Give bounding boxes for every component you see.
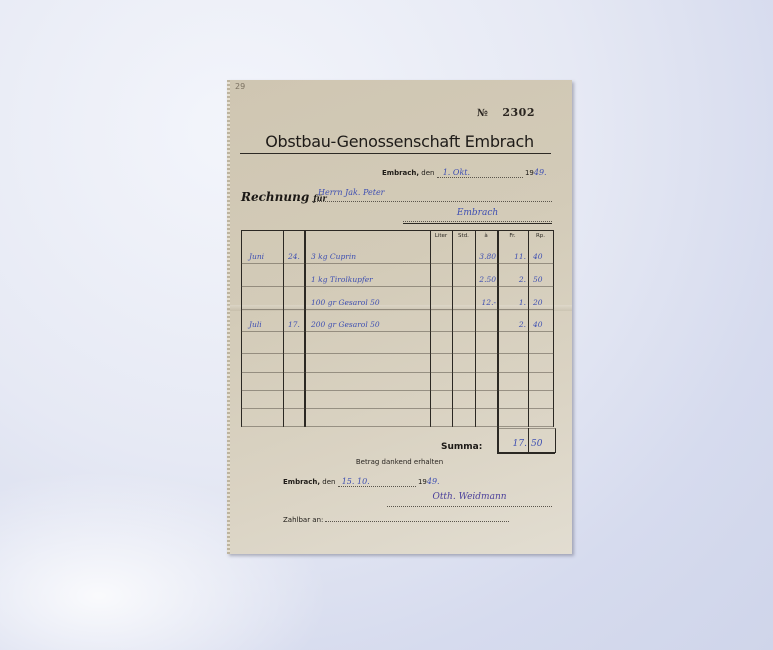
col-divider (241, 231, 242, 427)
total-divider (528, 428, 529, 454)
recipient-place: Embrach (403, 208, 552, 222)
row-rp: 40 (533, 252, 543, 261)
line-items-table: Liter Std. à Fr. Rp. Juni 24. 3 kg Cupri… (241, 230, 554, 427)
row-line (241, 309, 554, 311)
total-rp: 50 (531, 439, 542, 449)
year-prefix: 19 (418, 478, 427, 486)
col-divider (452, 231, 453, 427)
col-divider (553, 231, 554, 427)
col-divider (304, 231, 306, 427)
den-label: den (322, 478, 335, 486)
row-unit-price: 12.- (475, 298, 496, 307)
row-description: 200 gr Gesarol 50 (311, 320, 380, 329)
col-divider (430, 231, 431, 427)
payable-line: Zahlbar an: (283, 516, 509, 524)
row-month: Juli (249, 320, 262, 329)
row-unit-price: 3.80 (475, 252, 496, 261)
row-line (241, 372, 554, 374)
invoice-label: Rechnung (241, 190, 309, 204)
row-line (241, 331, 554, 333)
row-day: 24. (288, 252, 300, 261)
year-suffix: 49. (534, 168, 547, 177)
invoice-date-line: Embrach, den 1. Okt. 1949. (382, 168, 547, 178)
received-text: Betrag dankend erhalten (227, 458, 572, 466)
row-fr: 2. (499, 320, 526, 329)
den-label: den (421, 169, 434, 177)
row-fr: 11. (499, 252, 526, 261)
row-day: 17. (288, 320, 300, 329)
invoice-date: 1. Okt. (437, 168, 523, 178)
place-label: Embrach, (283, 478, 320, 486)
receipt-date: 15. 10. (338, 477, 416, 487)
recipient-name: Herrn Jak. Peter (312, 188, 552, 202)
payable-field (325, 521, 509, 522)
col-divider (528, 231, 529, 427)
signature: Otth. Weidmann (387, 492, 552, 507)
row-description: 3 kg Cuprin (311, 252, 356, 261)
row-month: Juni (249, 252, 264, 261)
place-label: Embrach, (382, 169, 419, 177)
address-rule (403, 223, 552, 224)
row-line (241, 286, 554, 288)
corner-mark: 29 (235, 82, 245, 91)
row-fr: 1. (499, 298, 526, 307)
row-line (241, 353, 554, 355)
year-prefix: 19 (525, 169, 534, 177)
invoice-paper: 29 №2302 Obstbau-Genossenschaft Embrach … (227, 80, 572, 554)
row-line (241, 263, 554, 265)
invoice-number: №2302 (477, 106, 535, 119)
title-rule (240, 153, 551, 154)
row-rp: 20 (533, 298, 543, 307)
header-rp: Rp. (528, 233, 553, 239)
invoice-number-value: 2302 (502, 106, 535, 119)
total-rule (497, 452, 555, 454)
row-line (241, 408, 554, 410)
row-fr: 2. (499, 275, 526, 284)
header-liter: Liter (430, 233, 452, 239)
receipt-date-line: Embrach, den 15. 10. 1949. (283, 477, 440, 487)
header-unit-price: à (475, 233, 497, 239)
year-suffix: 49. (427, 477, 440, 486)
row-description: 100 gr Gesarol 50 (311, 298, 380, 307)
number-sign: № (477, 108, 488, 119)
total-fr: 17. (507, 439, 527, 449)
row-rp: 40 (533, 320, 543, 329)
header-std: Std. (452, 233, 475, 239)
row-unit-price: 2.50 (475, 275, 496, 284)
row-line (241, 390, 554, 392)
col-divider (283, 231, 284, 427)
total-label: Summa: (441, 442, 482, 452)
payable-label: Zahlbar an: (283, 516, 323, 524)
header-fr: Fr. (497, 233, 528, 239)
company-title: Obstbau-Genossenschaft Embrach (227, 132, 572, 151)
row-rp: 50 (533, 275, 543, 284)
row-description: 1 kg Tirolkupfer (311, 275, 373, 284)
